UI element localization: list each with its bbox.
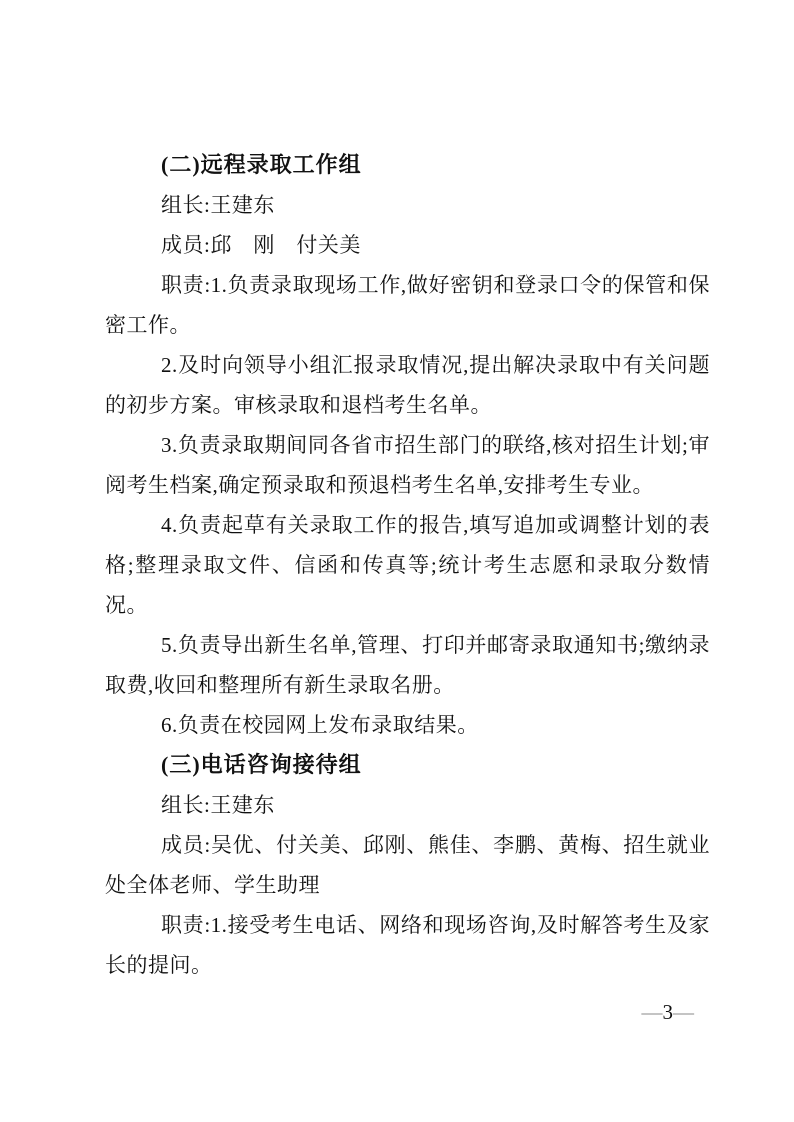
- document-page: (二)远程录取工作组 组长:王建东 成员:邱 刚 付关美 职责:1.负责录取现场…: [0, 0, 794, 1122]
- page-number-value: 3: [663, 1000, 674, 1024]
- section-heading-remote-admission-group: (二)远程录取工作组: [105, 145, 710, 185]
- section-heading-phone-consult-group: (三)电话咨询接待组: [105, 745, 710, 785]
- page-number-right-dash: —: [673, 1000, 694, 1024]
- paragraph-group2-duty-4: 4.负责起草有关录取工作的报告,填写追加或调整计划的表格;整理录取文件、信函和传…: [105, 505, 710, 625]
- paragraph-group2-leader: 组长:王建东: [105, 185, 710, 225]
- paragraph-group2-duty-3: 3.负责录取期间同各省市招生部门的联络,核对招生计划;审阅考生档案,确定预录取和…: [105, 425, 710, 505]
- paragraph-group2-members: 成员:邱 刚 付关美: [105, 225, 710, 265]
- page-number-left-dash: —: [642, 1000, 663, 1024]
- paragraph-group2-duty-5: 5.负责导出新生名单,管理、打印并邮寄录取通知书;缴纳录取费,收回和整理所有新生…: [105, 625, 710, 705]
- paragraph-group3-duty-1: 职责:1.接受考生电话、网络和现场咨询,及时解答考生及家长的提问。: [105, 905, 710, 985]
- paragraph-group2-duty-2: 2.及时向领导小组汇报录取情况,提出解决录取中有关问题的初步方案。审核录取和退档…: [105, 345, 710, 425]
- paragraph-group2-duty-1: 职责:1.负责录取现场工作,做好密钥和登录口令的保管和保密工作。: [105, 265, 710, 345]
- paragraph-group3-members: 成员:吴优、付关美、邱刚、熊佳、李鹏、黄梅、招生就业处全体老师、学生助理: [105, 825, 710, 905]
- document-body: (二)远程录取工作组 组长:王建东 成员:邱 刚 付关美 职责:1.负责录取现场…: [105, 145, 710, 985]
- paragraph-group2-duty-6: 6.负责在校园网上发布录取结果。: [105, 705, 710, 745]
- page-number: —3—: [642, 999, 695, 1025]
- paragraph-group3-leader: 组长:王建东: [105, 785, 710, 825]
